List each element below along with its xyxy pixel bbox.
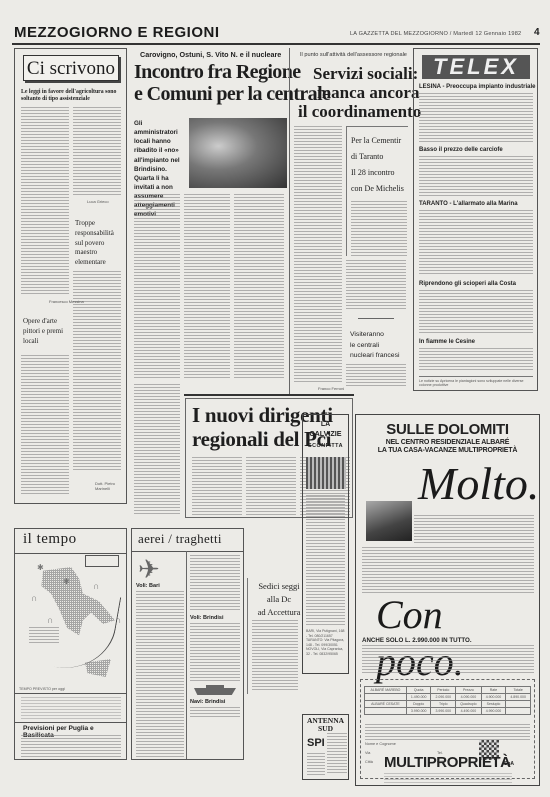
divider xyxy=(358,318,394,319)
map-caption: TEMPO PREVISTO per oggi xyxy=(19,687,65,691)
ad-address: BARI, Via Putignani, 168 - Tel. 080/2116… xyxy=(306,629,345,638)
ad-body xyxy=(327,733,347,775)
table-header: Quota xyxy=(406,687,431,694)
ad-headline: SULLE DOLOMITI xyxy=(356,421,539,438)
airplane-icon: ✈ xyxy=(138,555,160,585)
table-cell: 4.990.000 xyxy=(481,708,506,715)
letter-title: Opere d'arte pittori e premi locali xyxy=(23,317,69,346)
forecast-body xyxy=(21,735,121,757)
letter-signature: Francesco Messina xyxy=(49,299,84,304)
table-header-row: ALBARÉ MAREBO Quota Periodo Prezzo Rate … xyxy=(365,687,531,694)
table-cell: 3.990.000 xyxy=(406,708,431,715)
ad-subhead-line1: NEL CENTRO RESIDENZIALE ALBARÉ xyxy=(356,439,539,446)
ad-price-line: ANCHE SOLO L. 2.990.000 IN TUTTO. xyxy=(362,637,472,644)
article-body xyxy=(246,457,296,517)
coupon-text xyxy=(365,724,530,740)
divider xyxy=(132,551,243,552)
letter-body xyxy=(73,107,121,195)
article-kicker: Carovigno, Ostuni, S. Vito N. e il nucle… xyxy=(140,50,281,59)
telex-item-title: Basso il prezzo delle carciofe xyxy=(419,147,503,153)
letter-body xyxy=(21,107,69,295)
brand-logo: MULTIPROPRIETÀ xyxy=(384,754,511,771)
section-title: MEZZOGIORNO E REGIONI xyxy=(14,24,220,41)
letter-signature: Luca Grieco xyxy=(87,199,109,204)
table-header: Totale xyxy=(506,687,531,694)
coupon-field-name[interactable]: Nome e Cognome xyxy=(365,742,396,746)
ad-address: NOVOLI, Via Caprarica, 32 - Tel. 0832/95… xyxy=(306,647,345,656)
article-signature: Franco Ferroni xyxy=(318,386,344,391)
telex-item-title: Riprendono gli scioperi alla Costa xyxy=(419,281,516,287)
table-row: 1.490.000 2.090.000 4.090.000 4.900.000 … xyxy=(365,694,531,701)
divider xyxy=(15,693,126,694)
article-body xyxy=(294,126,342,384)
seggi-headline-line3: ad Accettura xyxy=(256,606,302,619)
snow-icon: ✱ xyxy=(63,577,70,586)
transport-box: aerei / traghetti ✈ Voli: Bari Voli: Bri… xyxy=(131,528,244,760)
divider xyxy=(15,553,126,554)
table-row: 3.990.000 3.990.000 4.490.000 4.990.000 xyxy=(365,708,531,715)
ad-body xyxy=(306,495,345,625)
weather-box: il tempo ✱ ✱ ∩ ∩ ∩ ∩ TEMPO PREVISTO per … xyxy=(14,528,127,760)
brand-addresses xyxy=(384,773,512,783)
table-cell: 4.900.000 xyxy=(481,694,506,701)
article-body xyxy=(346,364,406,388)
telex-title: TELEX xyxy=(422,55,530,79)
table-cell xyxy=(506,708,531,715)
ships-brindisi-heading: Navi: Brindisi xyxy=(190,699,225,705)
table-cell: 4.490.000 xyxy=(456,708,482,715)
table-header: ALBARÉ MAREBO xyxy=(365,687,407,694)
article-body xyxy=(134,384,180,516)
cloud-icon: ∩ xyxy=(93,581,99,591)
telex-item-body xyxy=(419,156,533,196)
telex-item-body xyxy=(419,290,533,334)
table-cell xyxy=(365,708,407,715)
ad-body xyxy=(414,515,534,545)
article-headline-line1: Servizi sociali: xyxy=(313,65,418,82)
spi-logo: SPI xyxy=(307,737,325,749)
table-cell: 3.990.000 xyxy=(431,708,456,715)
sub-headline-line2: le centrali xyxy=(350,341,400,352)
ad-body xyxy=(362,547,534,593)
ad-body xyxy=(307,753,325,775)
telex-item-body xyxy=(419,210,533,276)
column-rule xyxy=(289,48,290,394)
cementir-sidebar: Per la Cementir di Taranto Il 28 incontr… xyxy=(346,126,408,256)
letter-body xyxy=(21,355,69,495)
article-headline-line2: e Comuni per la centrale xyxy=(134,84,330,104)
flight-schedule xyxy=(190,555,240,611)
brand-suffix: SpA xyxy=(504,761,514,767)
sidebar-headline-line2: di Taranto xyxy=(351,153,383,161)
calvizie-line1: LA xyxy=(303,421,348,428)
ci-scrivono-title-box: Ci scrivono xyxy=(23,55,119,81)
telex-item-body xyxy=(419,348,533,372)
table-cell: 4.890.000 xyxy=(506,694,531,701)
article-headline-line3: il coordinamento xyxy=(298,103,421,120)
flights-bari-heading: Voli: Bari xyxy=(136,583,160,589)
seggi-headline-line2: alla Dc xyxy=(256,593,302,606)
table-cell: Triplo xyxy=(431,701,456,708)
snow-icon: ✱ xyxy=(37,563,44,572)
antenna-sud-title: ANTENNA SUD xyxy=(303,717,348,732)
article-headline-line1: Incontro fra Regione xyxy=(134,62,301,82)
calvizie-line3: SCONFITTA xyxy=(303,443,348,449)
ad-body xyxy=(362,645,534,675)
weather-title: il tempo xyxy=(23,532,77,547)
calvizie-line2: CALVIZIE xyxy=(303,429,348,438)
table-cell: 4.090.000 xyxy=(456,694,482,701)
article-headline-line2: manca ancora xyxy=(317,84,419,101)
letter-title: Troppe responsabilità sul povero maestro… xyxy=(75,219,123,268)
table-cell: Doppio xyxy=(406,701,431,708)
seggi-headline: Sedici seggi alla Dc ad Accettura xyxy=(256,580,302,618)
article-body xyxy=(192,457,242,517)
flight-schedule xyxy=(190,623,240,683)
article-body xyxy=(134,194,180,380)
sub-headline-line3: nucleari francesi xyxy=(350,351,400,362)
divider xyxy=(419,376,533,377)
masthead-rule xyxy=(12,43,540,45)
ad-address-list: BARI, Via Putignani, 168 - Tel. 080/2116… xyxy=(306,629,345,656)
map-legend-box xyxy=(85,555,119,567)
flights-brindisi-heading: Voli: Brindisi xyxy=(190,615,224,621)
sub-headline-line1: Visiteranno xyxy=(350,330,400,341)
article-kicker: Il punto sull'attività dell'assessore re… xyxy=(300,52,407,58)
sidebar-body xyxy=(351,201,407,257)
flight-schedule xyxy=(136,591,184,757)
price-table: ALBARÉ MAREBO Quota Periodo Prezzo Rate … xyxy=(364,686,531,715)
ci-scrivono-box: Ci scrivono Le leggi in favore dell'agri… xyxy=(14,48,127,504)
nuclear-plant-photo xyxy=(189,118,287,188)
table-header: Periodo xyxy=(431,687,456,694)
table-cell xyxy=(506,701,531,708)
transport-title: aerei / traghetti xyxy=(138,532,222,545)
telex-footnote: Le notizie su Apricena le piantagioni so… xyxy=(419,379,533,387)
table-header: Prezzo xyxy=(456,687,482,694)
weather-legend xyxy=(21,697,121,719)
article-body xyxy=(184,194,230,380)
sidebar-headline-line3: Il 28 incontro xyxy=(351,169,395,177)
divider xyxy=(15,722,126,723)
ci-scrivono-title: Ci scrivono xyxy=(24,59,118,78)
seggi-article: Sedici seggi alla Dc ad Accettura xyxy=(247,578,299,694)
telex-box: TELEX LESINA - Preoccupa impianto indust… xyxy=(413,48,538,391)
multiproprieta-ad: SULLE DOLOMITI NEL CENTRO RESIDENZIALE A… xyxy=(355,414,540,786)
ship-icon-cabin xyxy=(206,685,224,690)
table-cell: ALBARÉ CESATE xyxy=(365,701,407,708)
letter-signature: Dott. Pietro Marinelli xyxy=(95,481,126,491)
hair-illustration xyxy=(306,457,346,489)
table-header: Rate xyxy=(481,687,506,694)
coupon-field-city[interactable]: Città xyxy=(365,760,373,764)
rule xyxy=(184,394,354,396)
article-body xyxy=(346,260,406,310)
column-rule xyxy=(186,551,187,759)
paper-dateline: LA GAZZETTA DEL MEZZOGIORNO / Martedì 12… xyxy=(350,31,521,37)
ad-address: TARANTO: Via Pitagora, 148 - Tel. 099/30… xyxy=(306,638,345,647)
newspaper-page: MEZZOGIORNO E REGIONI LA GAZZETTA DEL ME… xyxy=(0,0,550,797)
telex-item-body xyxy=(419,93,533,143)
article-body xyxy=(252,620,298,692)
sidebar-headline-line1: Per la Cementir xyxy=(351,137,401,145)
sidebar-headline-line4: con De Michelis xyxy=(351,185,404,193)
table-cell: Quadruplo xyxy=(456,701,482,708)
ship-schedule xyxy=(190,707,240,717)
article-body xyxy=(234,194,284,380)
table-cell xyxy=(365,694,407,701)
telex-item-title: In fiamme le Cesine xyxy=(419,339,475,345)
seggi-headline-line1: Sedici seggi xyxy=(256,580,302,593)
table-cell: Sestuplo xyxy=(481,701,506,708)
calvizie-ad: LA CALVIZIE SCONFITTA BARI, Via Putignan… xyxy=(302,414,349,674)
ad-subhead-line2: LA TUA CASA-VACANZE MULTIPROPRIETÀ xyxy=(356,447,539,454)
telex-item-title: LESINA - Preoccupa impianto industriale xyxy=(419,84,535,90)
coupon-field-street[interactable]: Via xyxy=(365,751,370,755)
page-number: 4 xyxy=(534,27,540,38)
letter-title: Le leggi in favore dell'agricoltura sono… xyxy=(21,89,121,103)
table-cell: 2.090.000 xyxy=(431,694,456,701)
sub-article-headline: Visiteranno le centrali nucleari frances… xyxy=(350,330,400,362)
antenna-sud-ad: ANTENNA SUD SPI xyxy=(302,714,349,780)
table-row: ALBARÉ CESATE Doppio Triplo Quadruplo Se… xyxy=(365,701,531,708)
table-cell: 1.490.000 xyxy=(406,694,431,701)
resort-photo xyxy=(366,501,412,541)
telex-item-title: TARANTO - L'allarmato alla Marina xyxy=(419,201,518,207)
ad-script-molto: Molto. xyxy=(418,457,539,510)
